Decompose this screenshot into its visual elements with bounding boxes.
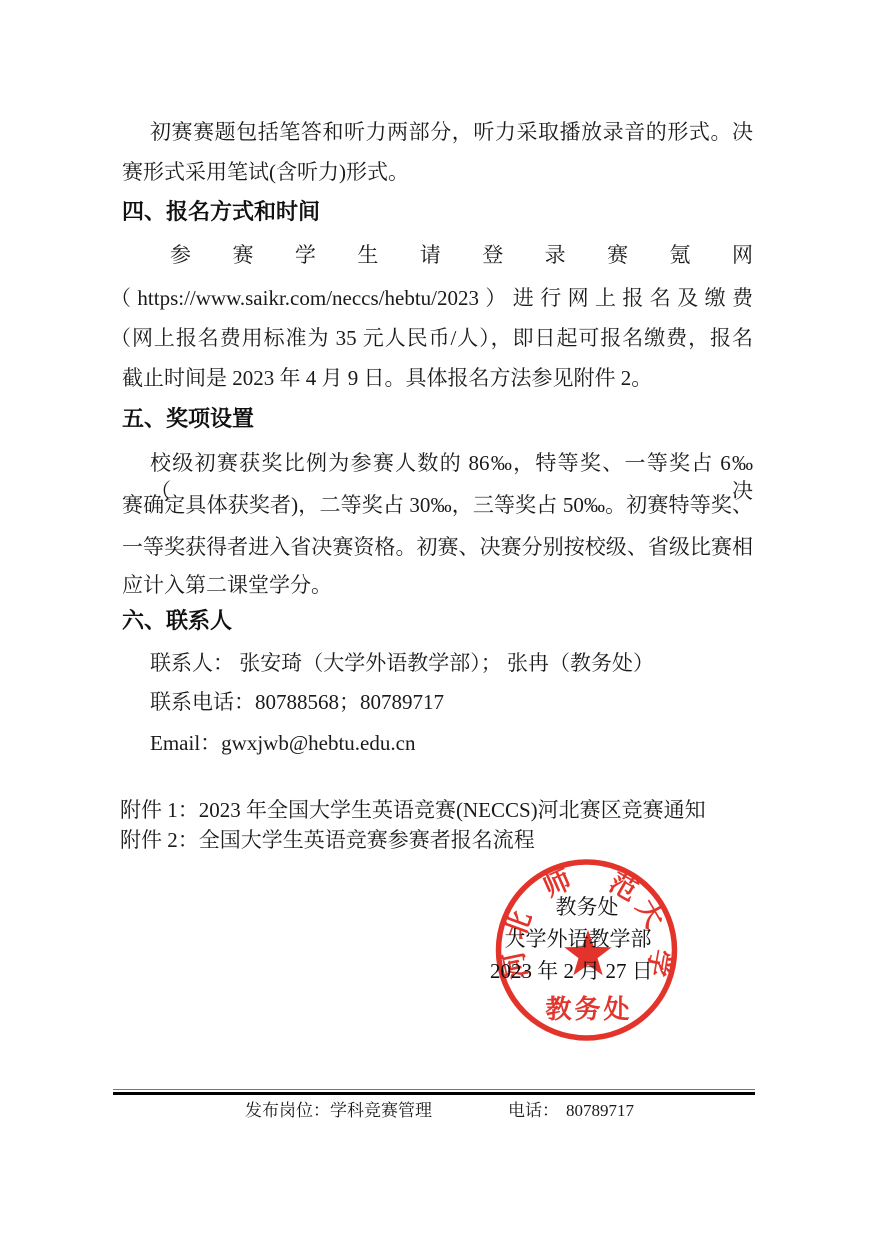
body-line: 初赛赛题包括笔答和听力两部分，听力采取播放录音的形式。决 [150,118,753,146]
footer-separator [113,1092,755,1095]
signature-dept-1: 教务处 [491,893,683,921]
section-heading-registration: 四、报名方式和时间 [122,198,320,226]
body-line: 赛形式采用笔试(含听力)形式。 [122,158,409,186]
contact-person-line: 联系人： 张安琦（大学外语教学部）； 张冉（教务处） [150,649,654,677]
body-line-distributed: 参 赛 学 生 请 登 录 赛 氪 网 [170,241,753,269]
body-line: 一等奖获得者进入省决赛资格。初赛、决赛分别按校级、省级比赛相 [122,533,753,561]
contact-email-line: Email：gwxjwb@hebtu.edu.cn [150,729,415,757]
signature-date: 2023 年 2 月 27 日 [490,957,653,985]
footer-phone-label: 电话： [508,1100,559,1122]
attachment-line-1: 附件 1：2023 年全国大学生英语竞赛(NECCS)河北赛区竞赛通知 [120,796,706,824]
section-heading-contacts: 六、联系人 [122,607,232,635]
footer-separator-thin [113,1089,755,1090]
contact-phone-line: 联系电话：80788568；80789717 [150,688,444,716]
footer-phone-number: 80789717 [566,1100,634,1122]
document-page: 初赛赛题包括笔答和听力两部分，听力采取播放录音的形式。决 赛形式采用笔试(含听力… [0,0,880,1244]
body-line: 截止时间是 2023 年 4 月 9 日。具体报名方法参见附件 2。 [122,364,652,392]
body-line-url: （https://www.saikr.com/neccs/hebtu/2023）… [110,284,753,312]
body-line: 应计入第二课堂学分。 [122,571,332,599]
section-heading-awards: 五、奖项设置 [122,405,254,433]
footer-publisher: 发布岗位：学科竞赛管理 [245,1100,432,1122]
seal-bottom-label: 教务处 [545,994,632,1024]
attachment-line-2: 附件 2：全国大学生英语竞赛参赛者报名流程 [120,826,535,854]
signature-dept-2: 大学外语教学部 [482,925,674,953]
body-line: 赛确定具体获奖者)，二等奖占 30‰，三等奖占 50‰。初赛特等奖、 [122,491,753,519]
body-line: （网上报名费用标准为 35 元人民币/人），即日起可报名缴费，报名 [110,324,753,352]
